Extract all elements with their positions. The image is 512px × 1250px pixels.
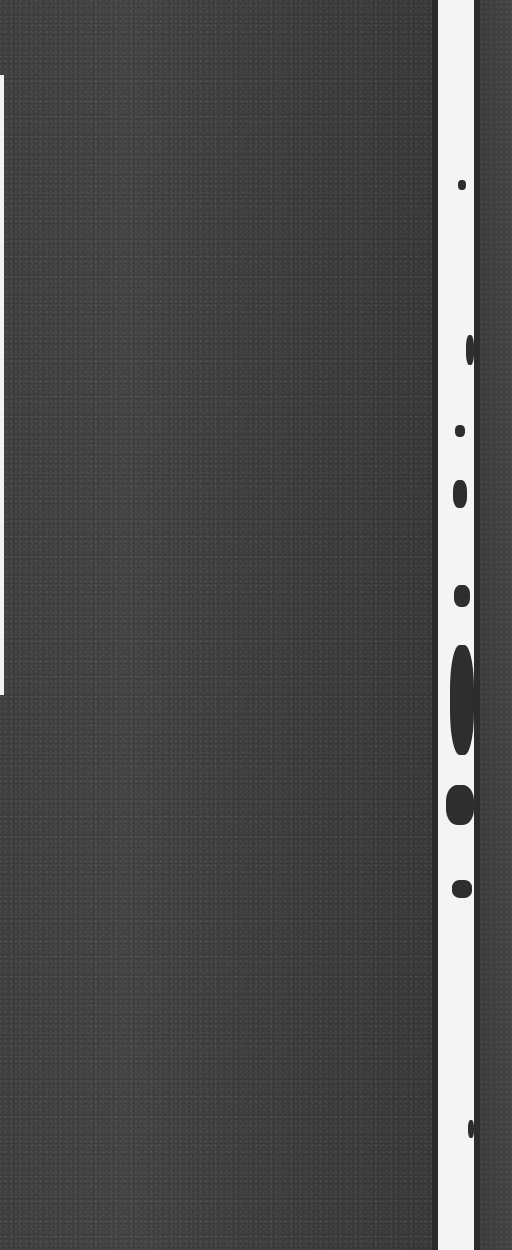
asphalt-surface [0, 0, 436, 1250]
edge-marking [0, 75, 4, 695]
road-shoulder [480, 0, 512, 1250]
wear-patch [446, 785, 474, 825]
wear-patch [455, 425, 465, 437]
wear-patch [468, 1120, 474, 1138]
wear-patch [453, 480, 467, 508]
wear-patch [452, 880, 472, 898]
lane-marking [438, 0, 474, 1250]
wear-patch [454, 585, 470, 607]
wear-patch [450, 645, 474, 755]
wear-patch [466, 335, 474, 365]
wear-patch [458, 180, 466, 190]
